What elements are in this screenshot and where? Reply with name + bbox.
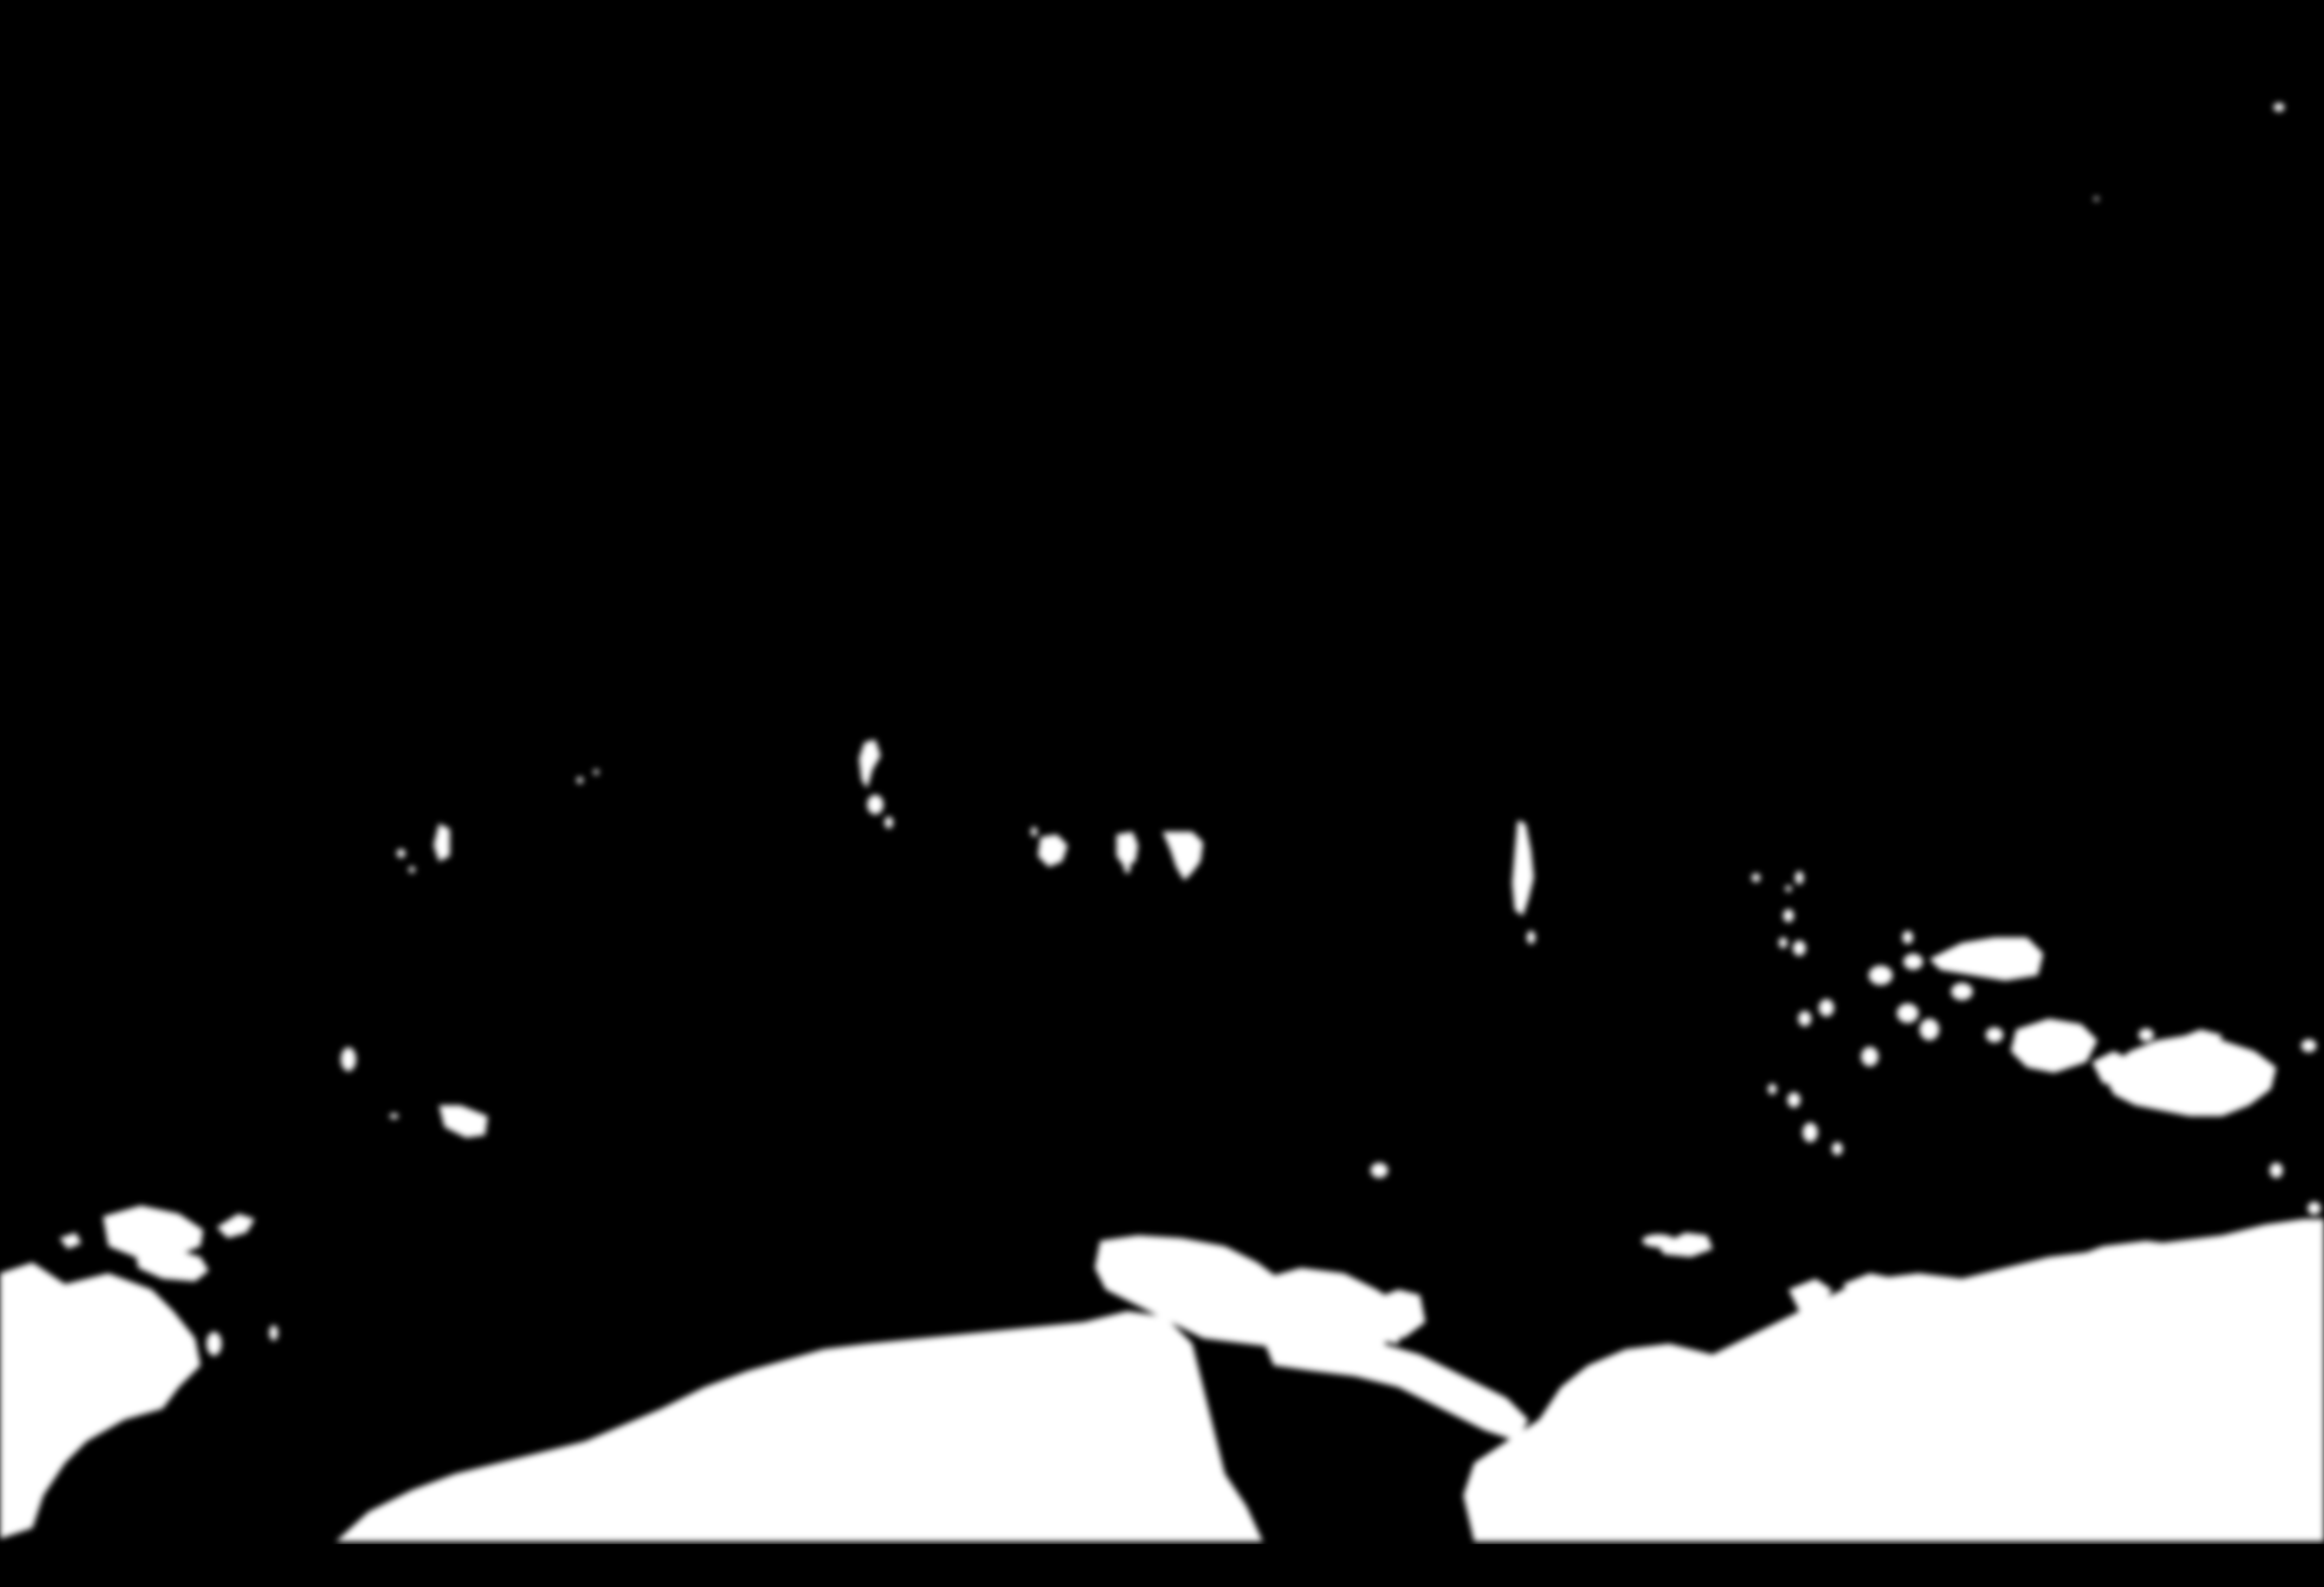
segmentation-mask (0, 0, 2324, 1587)
bottom-strip (0, 1544, 2324, 1587)
